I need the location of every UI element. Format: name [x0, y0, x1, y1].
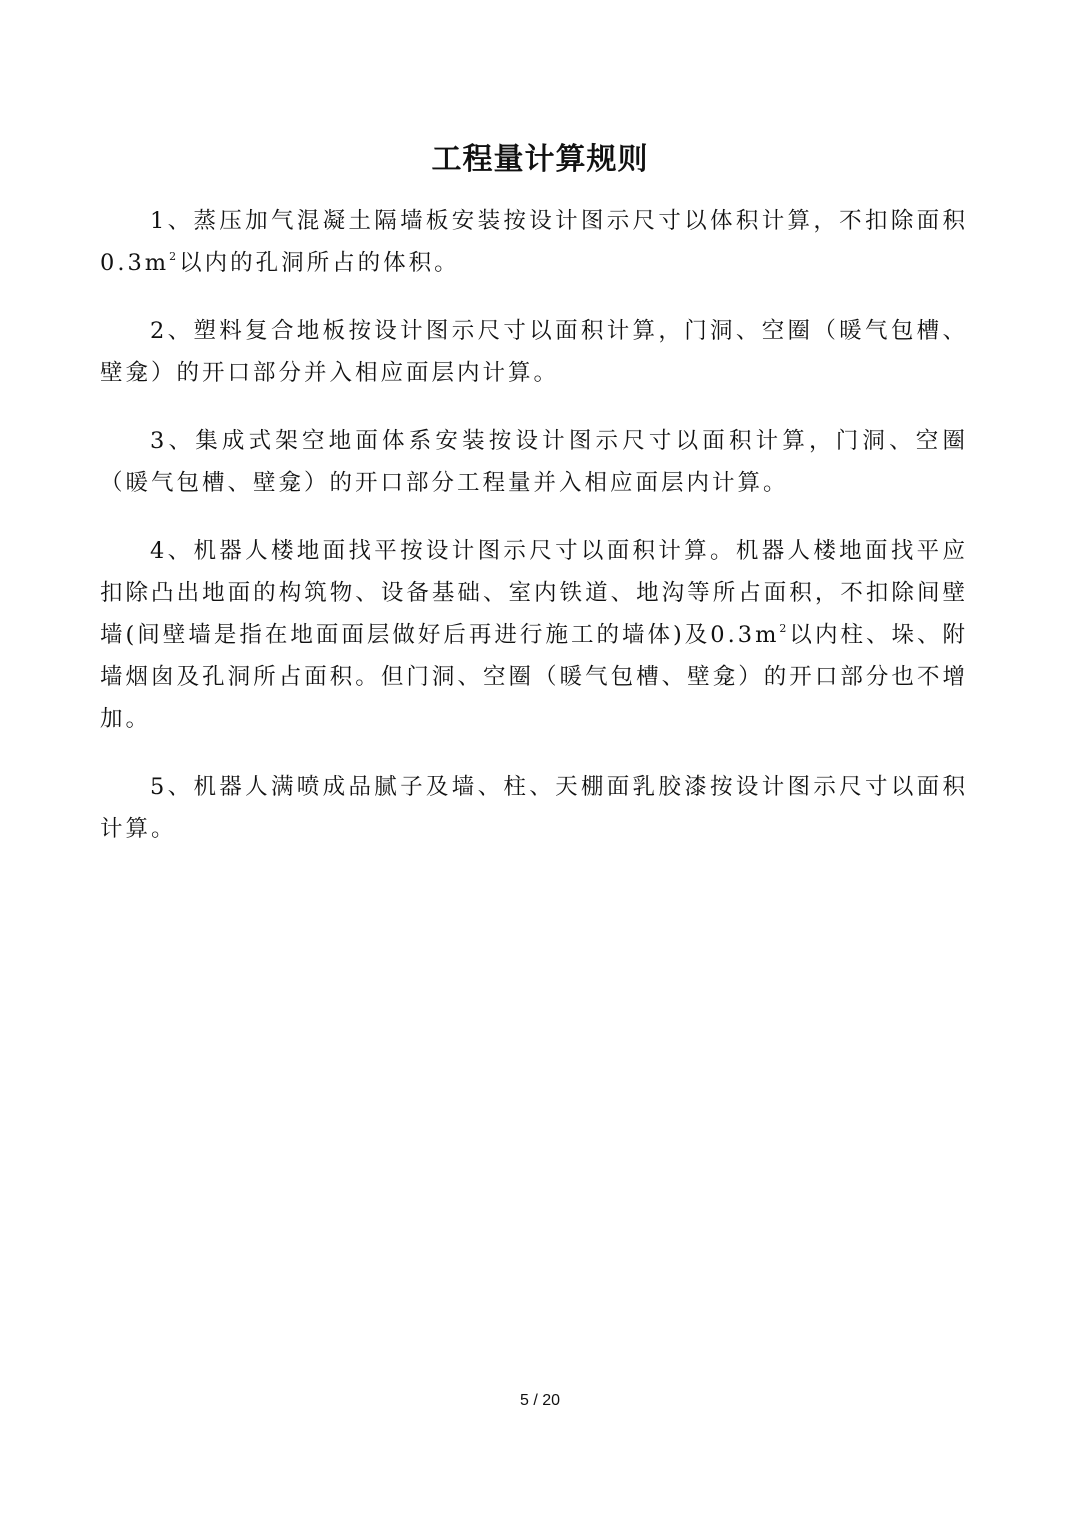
page-title: 工程量计算规则 — [0, 138, 1080, 182]
page-number: 5 / 20 — [0, 1392, 1080, 1410]
document-page: 工程量计算规则 1、蒸压加气混凝土隔墙板安装按设计图示尺寸以体积计算，不扣除面积… — [0, 0, 1080, 1527]
rule-1-text-after: 以内的孔洞所占的体积。 — [179, 250, 460, 276]
superscript-2: 2 — [779, 622, 789, 635]
rule-paragraph-4: 4、机器人楼地面找平按设计图示尺寸以面积计算。机器人楼地面找平应扣除凸出地面的构… — [100, 530, 968, 740]
document-body: 1、蒸压加气混凝土隔墙板安装按设计图示尺寸以体积计算，不扣除面积0.3m2以内的… — [100, 200, 968, 876]
rule-paragraph-5: 5、机器人满喷成品腻子及墙、柱、天棚面乳胶漆按设计图示尺寸以面积计算。 — [100, 766, 968, 850]
rule-paragraph-3: 3、集成式架空地面体系安装按设计图示尺寸以面积计算，门洞、空圈（暖气包槽、壁龛）… — [100, 420, 968, 504]
rule-paragraph-2: 2、塑料复合地板按设计图示尺寸以面积计算，门洞、空圈（暖气包槽、壁龛）的开口部分… — [100, 310, 968, 394]
rule-paragraph-1: 1、蒸压加气混凝土隔墙板安装按设计图示尺寸以体积计算，不扣除面积0.3m2以内的… — [100, 200, 968, 284]
superscript-2: 2 — [169, 250, 179, 263]
